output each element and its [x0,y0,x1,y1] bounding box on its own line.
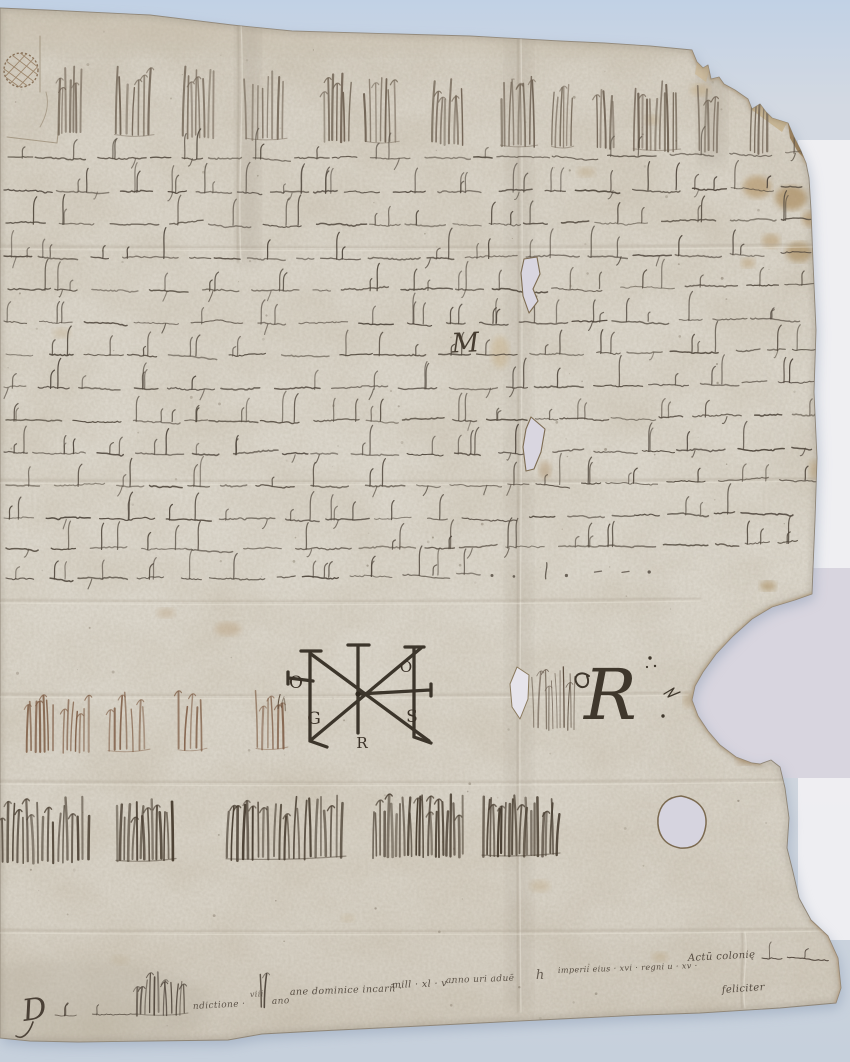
stain [741,258,755,268]
stain [760,581,776,591]
stain [652,952,668,962]
stain [530,880,550,892]
monogram-letter-o2: O [400,658,412,676]
datum-fragment: mill · xl · v · [392,978,454,991]
stain [775,186,807,210]
stain [762,234,780,248]
parchment-surface: ndictione ·viiianoane dominice incarn̄ ·… [0,0,850,1062]
monogram-letter-o1: O [289,673,303,693]
datum-initial-d: D [19,991,49,1029]
monogram-letter-s: S [406,707,418,727]
stain [215,622,241,636]
monogram-letter-g: G [307,709,321,729]
charter-photo: ndictione ·viiianoane dominice incarn̄ ·… [0,0,850,1062]
capital-m: M [450,327,482,360]
recognition-letter-r: R [582,654,637,736]
monogram-center [355,691,360,696]
stain [491,336,509,368]
datum-fragment: viii [250,989,264,999]
stain [111,955,129,965]
hole-diamond [658,796,706,848]
charter-svg: ndictione ·viiianoane dominice incarn̄ ·… [0,0,850,1062]
stain [341,914,355,922]
stain [577,167,595,177]
datum-fragment: ano [272,996,290,1007]
monogram-letter-r: R [356,734,368,752]
datum-fragment: h [536,968,545,983]
stain [157,608,175,618]
